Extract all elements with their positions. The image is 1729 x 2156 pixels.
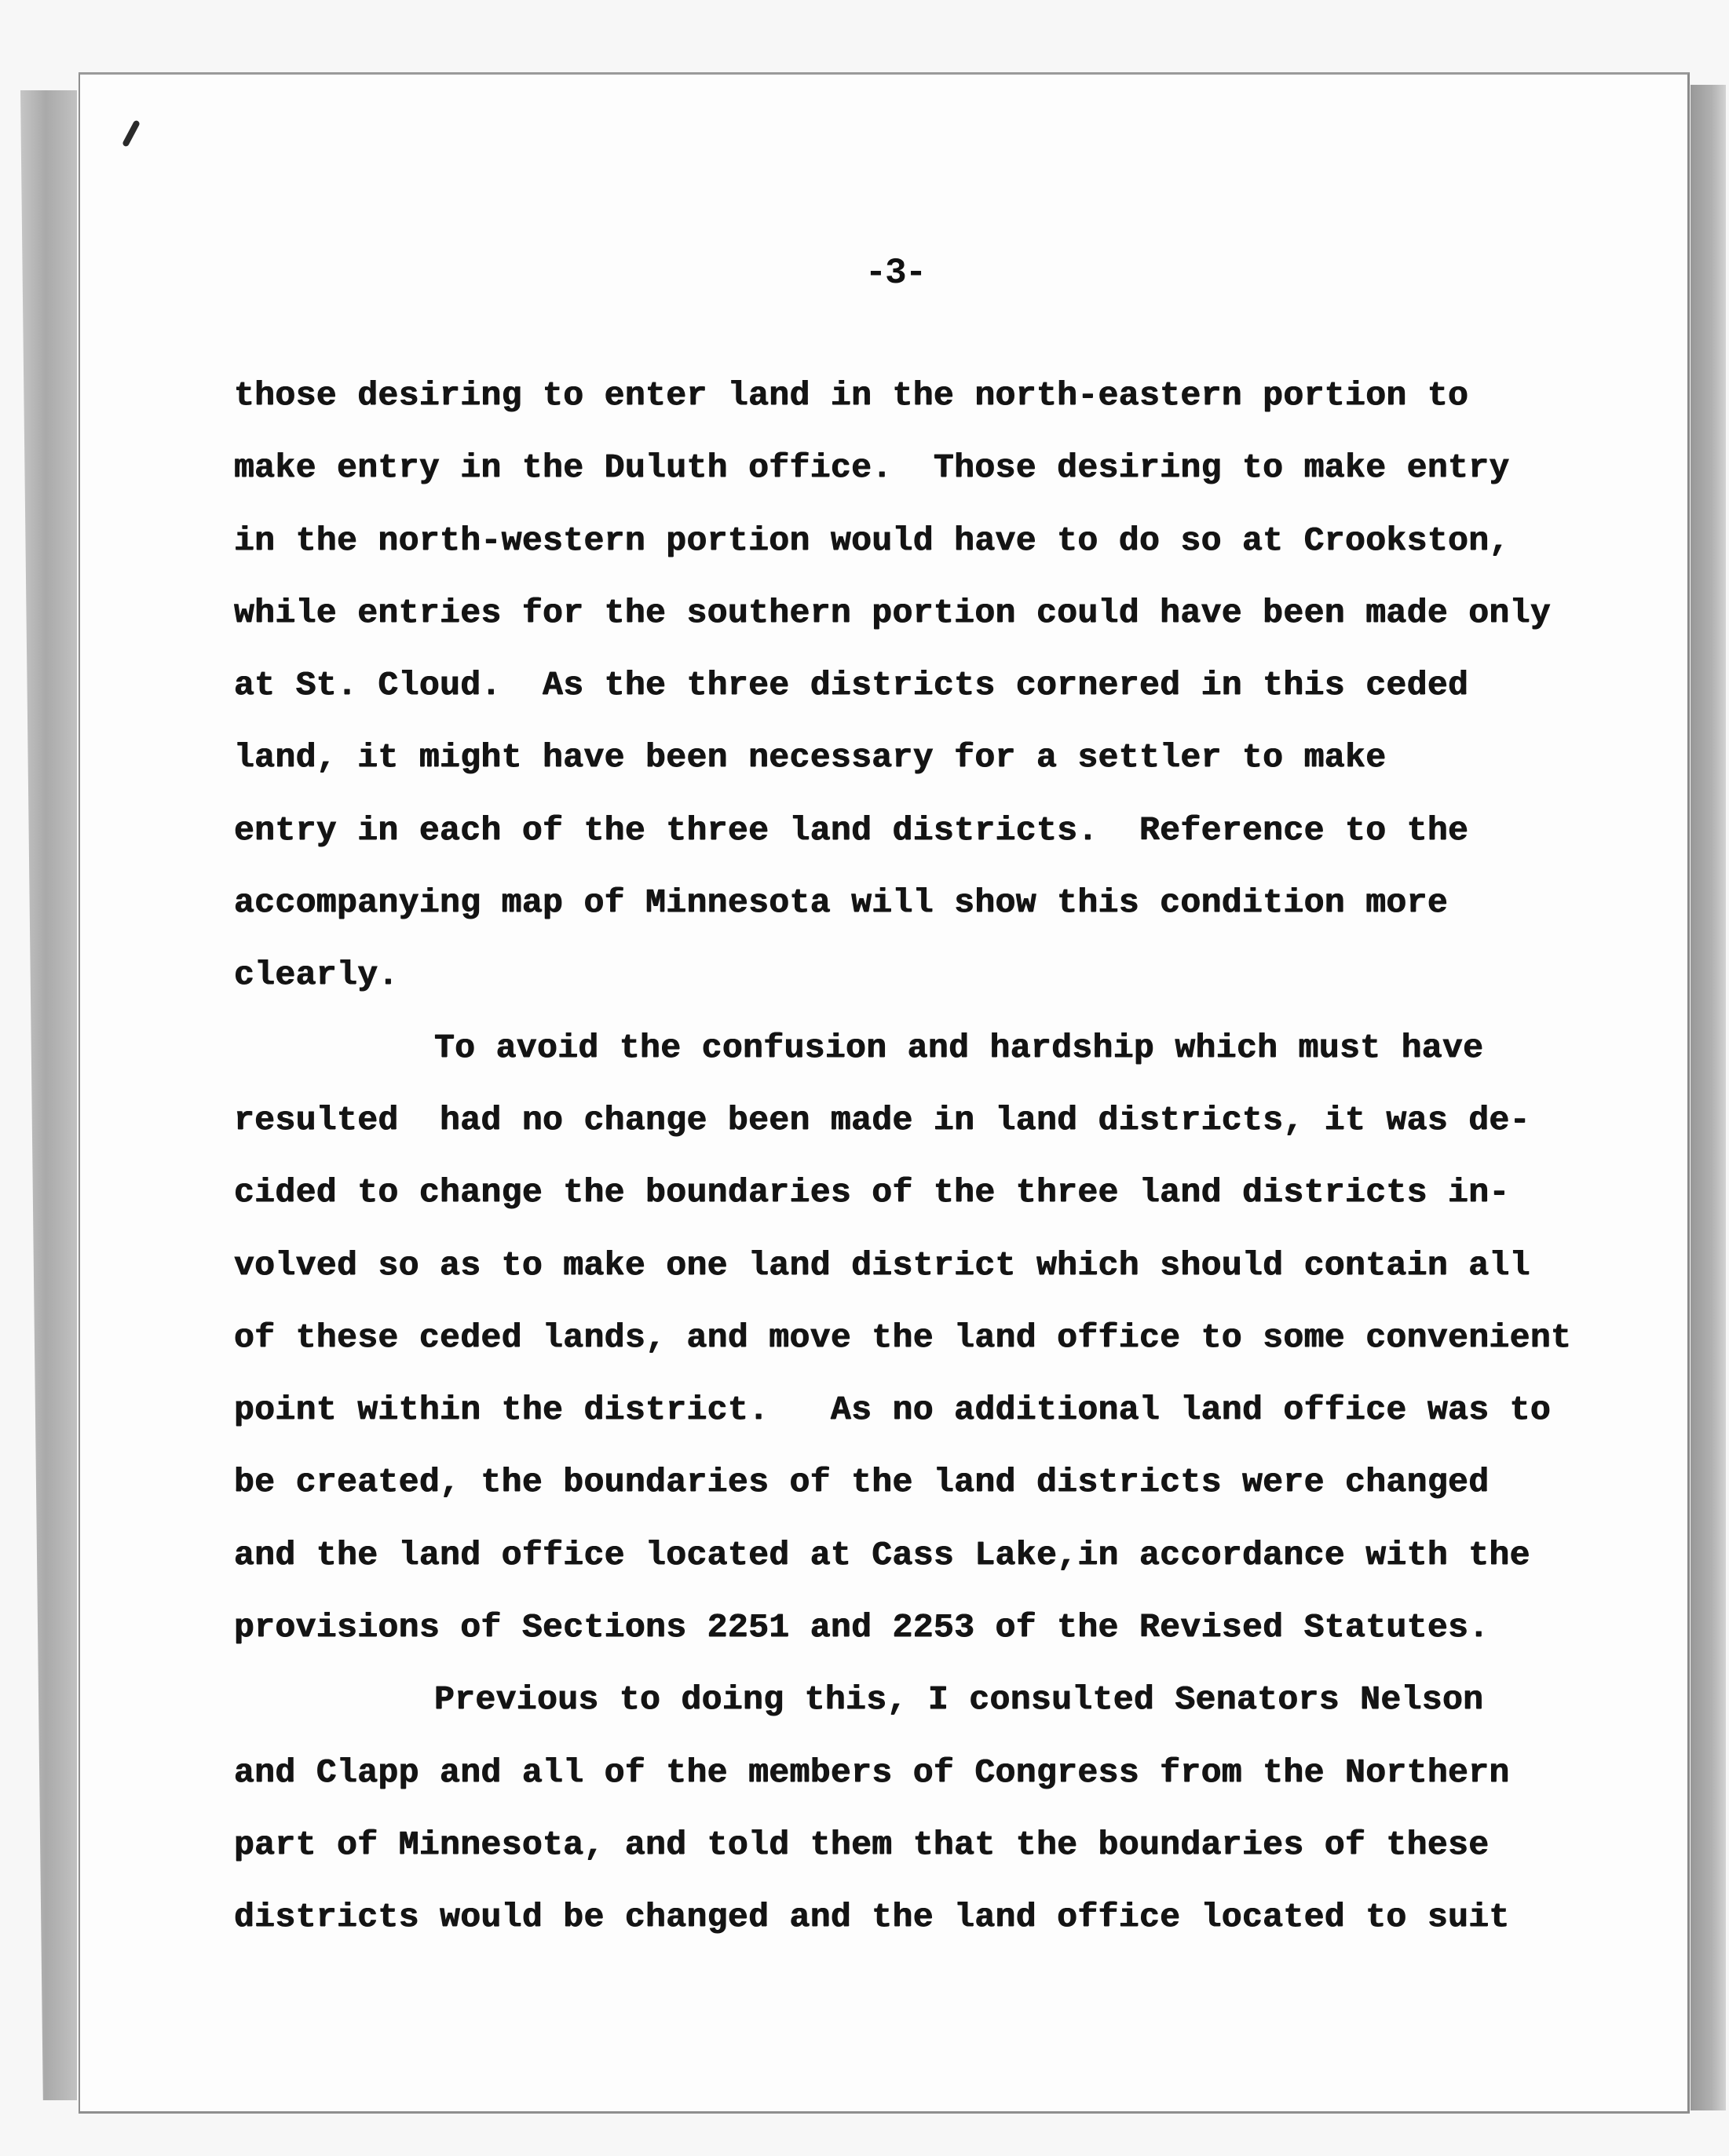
paragraph-3: Previous to doing this, I consulted Sena…: [234, 1664, 1616, 1953]
text-line: provisions of Sections 2251 and 2253 of …: [234, 1591, 1616, 1664]
text-line: point within the district. As no additio…: [234, 1374, 1616, 1446]
scan-edge-shadow-left: [20, 90, 77, 2100]
text-line: entry in each of the three land district…: [234, 795, 1616, 867]
document-body: those desiring to enter land in the nort…: [234, 360, 1616, 1954]
text-line: and the land office located at Cass Lake…: [234, 1519, 1616, 1591]
paragraph-1: those desiring to enter land in the nort…: [234, 360, 1616, 1012]
text-line: volved so as to make one land district w…: [234, 1230, 1616, 1302]
text-line: of these ceded lands, and move the land …: [234, 1302, 1616, 1374]
paragraph-2: To avoid the confusion and hardship whic…: [234, 1012, 1616, 1665]
text-line: clearly.: [234, 939, 1616, 1011]
text-line: in the north-western portion would have …: [234, 505, 1616, 577]
text-line: and Clapp and all of the members of Cong…: [234, 1737, 1616, 1809]
page-number: -3-: [848, 253, 942, 294]
text-line: make entry in the Duluth office. Those d…: [234, 432, 1616, 504]
text-line: at St. Cloud. As the three districts cor…: [234, 649, 1616, 722]
text-line: districts would be changed and the land …: [234, 1881, 1616, 1953]
text-line-indented: To avoid the confusion and hardship whic…: [234, 1012, 1616, 1084]
text-line: resulted had no change been made in land…: [234, 1084, 1616, 1157]
scan-edge-shadow-right: [1691, 85, 1726, 2110]
text-line: part of Minnesota, and told them that th…: [234, 1809, 1616, 1881]
text-line: be created, the boundaries of the land d…: [234, 1446, 1616, 1518]
text-line: accompanying map of Minnesota will show …: [234, 867, 1616, 939]
text-line: cided to change the boundaries of the th…: [234, 1157, 1616, 1229]
text-line: those desiring to enter land in the nort…: [234, 360, 1616, 432]
text-line: while entries for the southern portion c…: [234, 577, 1616, 649]
text-line-indented: Previous to doing this, I consulted Sena…: [234, 1664, 1616, 1736]
text-line: land, it might have been necessary for a…: [234, 722, 1616, 794]
